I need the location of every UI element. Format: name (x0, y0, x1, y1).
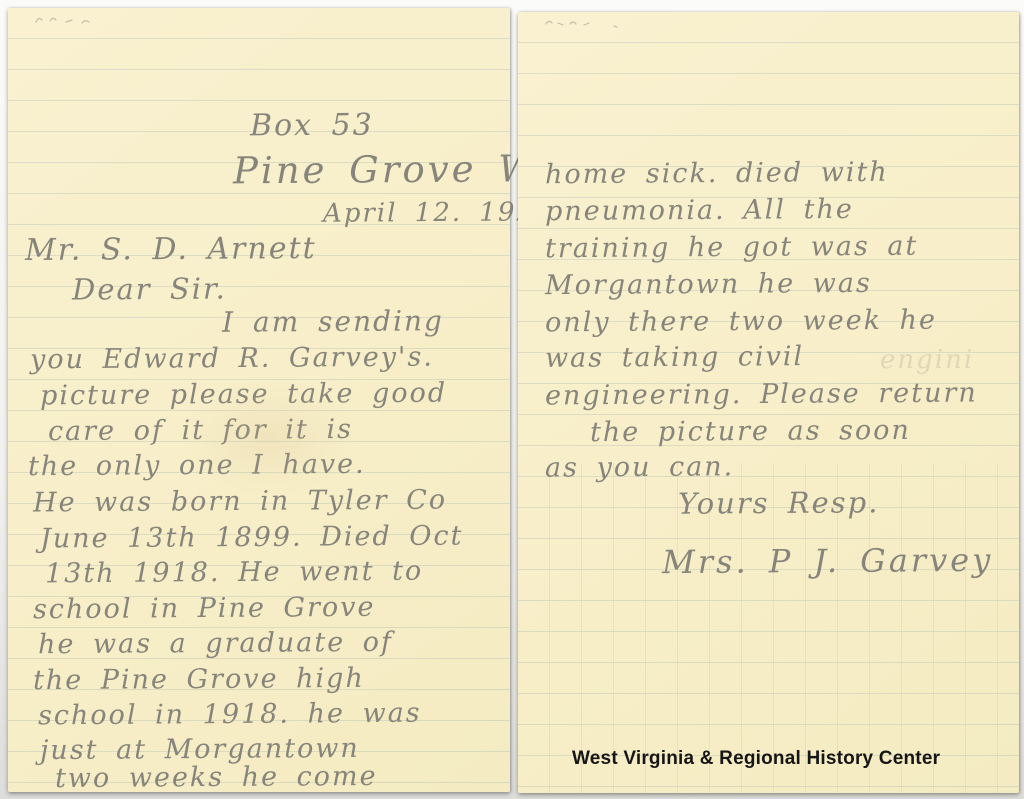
erased-handwriting: engini (880, 345, 974, 375)
handwriting-line: engineering. Please return (545, 377, 978, 411)
letter-page-1: Box 53 Pine Grove W Va April 12. 1920 Mr… (8, 8, 510, 792)
handwriting-line: Yours Resp. (678, 485, 880, 520)
letter-scan: Box 53 Pine Grove W Va April 12. 1920 Mr… (0, 0, 1024, 799)
handwriting-line: Mr. S. D. Arnett (25, 231, 317, 268)
handwriting-line: picture please take good (40, 378, 447, 412)
handwriting-line: the picture as soon (590, 415, 911, 448)
handwriting-line: 13th 1918. He went to (45, 556, 423, 590)
handwriting-line: school in 1918. he was (38, 698, 422, 732)
archive-watermark: West Virginia & Regional History Center (572, 748, 940, 770)
handwriting-line: home sick. died with (545, 157, 889, 190)
handwriting-line: training he got was at (545, 231, 919, 265)
handwriting-line: Box 53 (250, 108, 374, 144)
handwriting-line: June 13th 1899. Died Oct (40, 521, 464, 555)
pencil-scribble (544, 15, 634, 31)
handwriting-line: the Pine Grove high (33, 663, 365, 696)
handwriting-line: was taking civil (545, 341, 804, 374)
handwriting-line: Dear Sir. (72, 271, 227, 306)
handwriting-line: you Edward R. Garvey's. (30, 342, 434, 376)
signature-line: Mrs. P J. Garvey (662, 541, 994, 581)
handwriting-line: He was born in Tyler Co (33, 485, 447, 519)
pencil-scribble (34, 12, 104, 28)
letter-page-2: home sick. died with pneumonia. All the … (518, 12, 1019, 793)
handwriting-line: I am sending (222, 304, 444, 339)
handwriting-line: pneumonia. All the (545, 194, 854, 227)
handwriting-line: care of it for it is (48, 414, 353, 447)
handwriting-line: he was a graduate of (38, 627, 393, 660)
handwriting-line: as you can. (545, 451, 734, 483)
handwriting-line: only there two week he (545, 305, 937, 339)
handwriting-line: Morgantown he was (545, 268, 872, 301)
handwriting-line: school in Pine Grove (33, 592, 376, 625)
handwriting-line: two weeks he come (55, 761, 378, 794)
handwriting-line: the only one I have. (28, 449, 366, 482)
